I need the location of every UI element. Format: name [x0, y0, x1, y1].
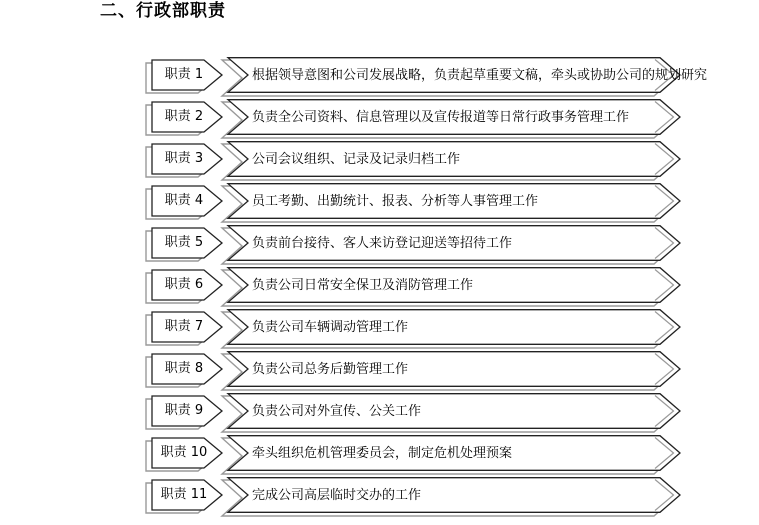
duty-row: 职责 9 负责公司对外宣传、公关工作 — [140, 393, 700, 435]
document-page: 二、行政部职责 职责 1 根据领导意图和公司发展战略，负责起草重要文稿，牵头或协… — [0, 0, 759, 525]
duty-label-text: 职责 10 — [152, 438, 216, 468]
duty-row: 职责 4 员工考勤、出勤统计、报表、分析等人事管理工作 — [140, 183, 700, 225]
duty-list: 职责 1 根据领导意图和公司发展战略，负责起草重要文稿，牵头或协助公司的规划研究… — [140, 57, 700, 525]
duty-description-text: 负责公司总务后勤管理工作 — [252, 351, 408, 387]
duty-row: 职责 5 负责前台接待、客人来访登记迎送等招待工作 — [140, 225, 700, 267]
duty-label-text: 职责 8 — [152, 354, 216, 384]
duty-row: 职责 3 公司会议组织、记录及记录归档工作 — [140, 141, 700, 183]
page-title: 二、行政部职责 — [100, 0, 226, 22]
duty-description-text: 负责前台接待、客人来访登记迎送等招待工作 — [252, 225, 512, 261]
duty-row: 职责 8 负责公司总务后勤管理工作 — [140, 351, 700, 393]
duty-arrow-shape — [140, 309, 700, 351]
duty-row: 职责 6 负责公司日常安全保卫及消防管理工作 — [140, 267, 700, 309]
duty-row: 职责 1 根据领导意图和公司发展战略，负责起草重要文稿，牵头或协助公司的规划研究 — [140, 57, 700, 99]
duty-label-text: 职责 3 — [152, 144, 216, 174]
duty-label-text: 职责 5 — [152, 228, 216, 258]
duty-label-text: 职责 9 — [152, 396, 216, 426]
duty-description-text: 负责公司对外宣传、公关工作 — [252, 393, 421, 429]
duty-label-text: 职责 6 — [152, 270, 216, 300]
duty-row: 职责 7 负责公司车辆调动管理工作 — [140, 309, 700, 351]
duty-description-text: 负责公司日常安全保卫及消防管理工作 — [252, 267, 473, 303]
duty-description-text: 根据领导意图和公司发展战略，负责起草重要文稿，牵头或协助公司的规划研究 — [252, 57, 707, 93]
duty-row: 职责 10 牵头组织危机管理委员会，制定危机处理预案 — [140, 435, 700, 477]
duty-description-text: 员工考勤、出勤统计、报表、分析等人事管理工作 — [252, 183, 538, 219]
duty-description-text: 负责全公司资料、信息管理以及宣传报道等日常行政事务管理工作 — [252, 99, 629, 135]
duty-description-text: 牵头组织危机管理委员会，制定危机处理预案 — [252, 435, 512, 471]
duty-row: 职责 11 完成公司高层临时交办的工作 — [140, 477, 700, 519]
duty-description-text: 公司会议组织、记录及记录归档工作 — [252, 141, 460, 177]
duty-row: 职责 2 负责全公司资料、信息管理以及宣传报道等日常行政事务管理工作 — [140, 99, 700, 141]
duty-description-text: 负责公司车辆调动管理工作 — [252, 309, 408, 345]
duty-label-text: 职责 11 — [152, 480, 216, 510]
duty-arrow-shape — [140, 351, 700, 393]
duty-label-text: 职责 2 — [152, 102, 216, 132]
duty-label-text: 职责 1 — [152, 60, 216, 90]
duty-label-text: 职责 4 — [152, 186, 216, 216]
duty-description-text: 完成公司高层临时交办的工作 — [252, 477, 421, 513]
duty-label-text: 职责 7 — [152, 312, 216, 342]
